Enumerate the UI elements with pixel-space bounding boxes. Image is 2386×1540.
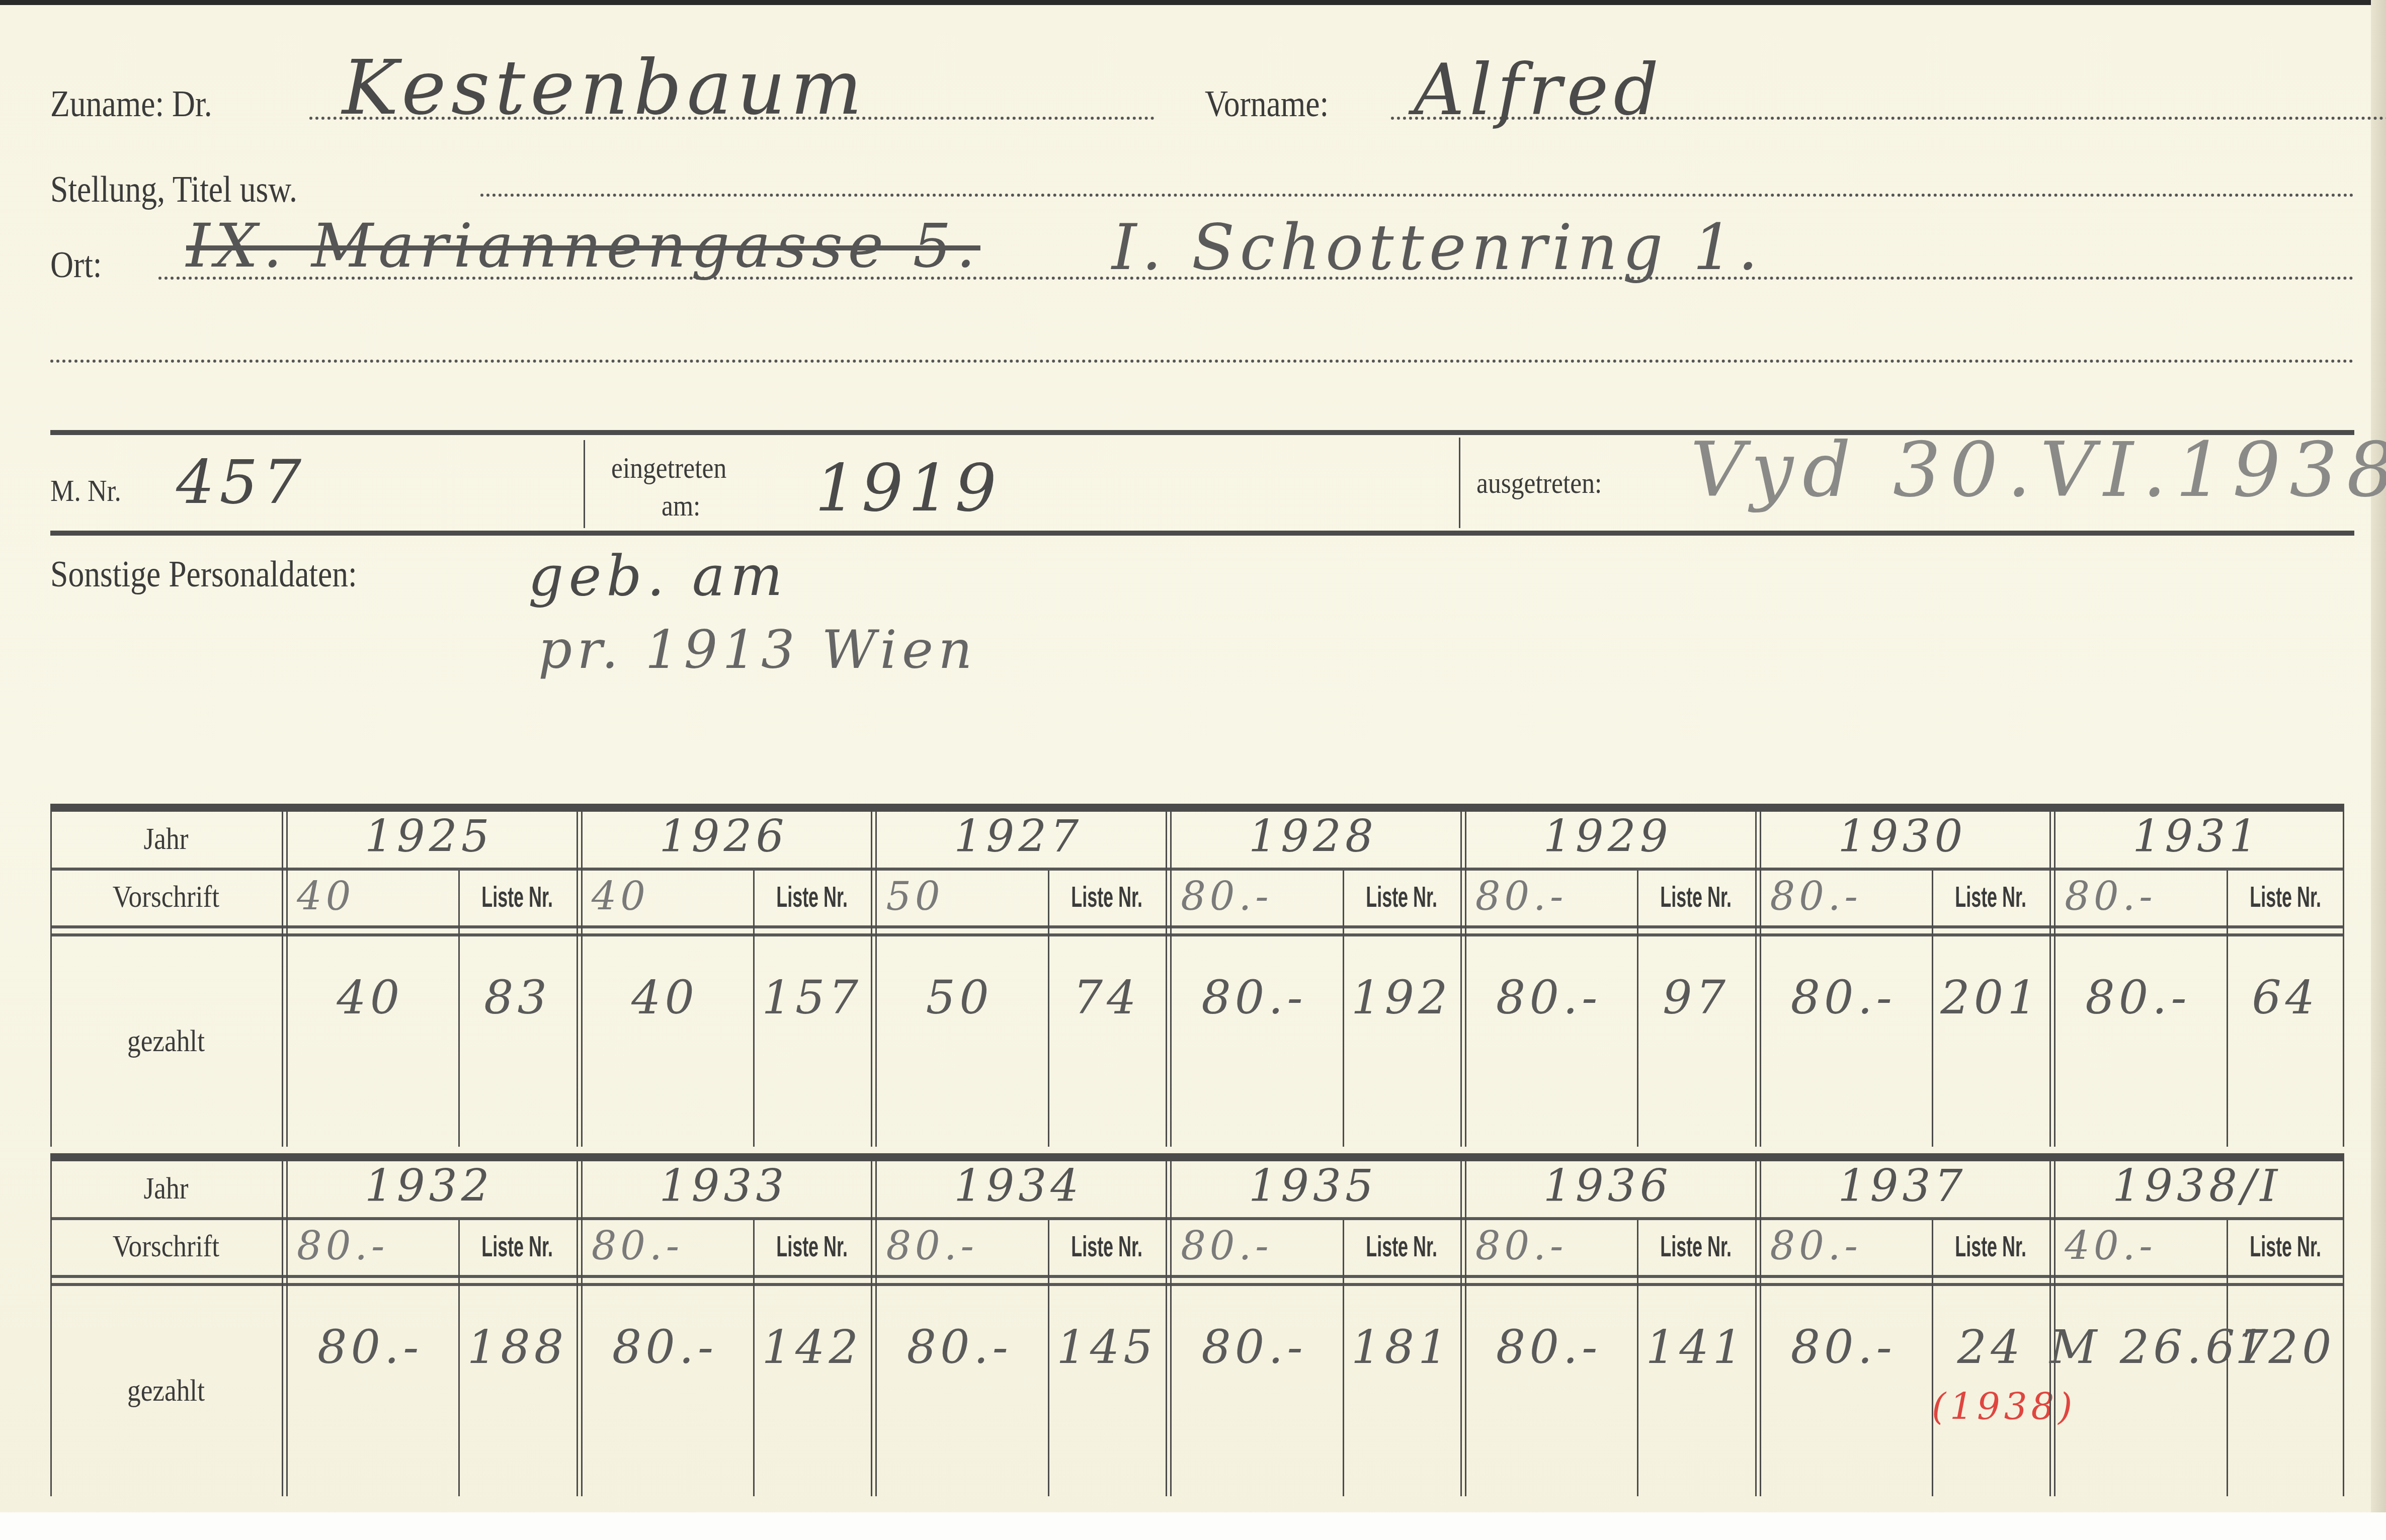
list-no-header: Liste Nr.: [481, 1229, 554, 1263]
list-no-header: Liste Nr.: [776, 880, 849, 913]
year-value: 1933: [577, 1160, 871, 1212]
prescribed-row-rule-1: [50, 925, 2344, 928]
year-value: 1936: [1460, 1160, 1755, 1212]
list-no-header-cell: Liste Nr.: [753, 1217, 871, 1275]
prescribed-value: 80.-: [871, 1224, 1047, 1269]
list-no-header: Liste Nr.: [1954, 880, 2027, 913]
list-no-header: Liste Nr.: [1365, 1229, 1438, 1263]
paid-cell: 80.-: [871, 1285, 1047, 1496]
left-label: ausgetreten:: [1476, 468, 1602, 498]
year-value: 1929: [1460, 810, 1755, 862]
year-cell: 1927: [871, 810, 1166, 868]
paid-cell: 80.-: [2049, 935, 2226, 1147]
list-no-header-cell: Liste Nr.: [1343, 868, 1460, 925]
card-right-edge: [2371, 0, 2386, 1540]
prescribed-value: 40: [282, 874, 458, 919]
year-value: 1926: [577, 810, 871, 862]
list-no-header: Liste Nr.: [481, 880, 554, 913]
extra-dotted-line: [50, 360, 2354, 363]
member-row-divider-1: [584, 440, 585, 528]
paid-cell: 40: [577, 935, 753, 1147]
prescribed-value: 40.-: [2049, 1224, 2226, 1269]
year-cell: 1938/I: [2049, 1159, 2344, 1217]
prescribed-cell: 80.-: [1755, 1217, 1932, 1275]
prescribed-cell: 80.-: [1166, 1217, 1342, 1275]
list-no-value: 141: [1637, 1320, 1755, 1374]
row-label-paid-text: gezahlt: [66, 1023, 266, 1059]
row-label-paid-text: gezahlt: [66, 1373, 266, 1409]
paid-cell: 80.-: [1755, 935, 1932, 1147]
list-no-header: Liste Nr.: [2249, 880, 2322, 913]
year-value: 1928: [1166, 810, 1460, 862]
surname-label: Zuname: Dr.: [50, 85, 212, 123]
surname-value: Kestenbaum: [342, 50, 867, 126]
paid-cell: 80.-: [1166, 1285, 1342, 1496]
list-no-cell: 74: [1048, 935, 1166, 1147]
year-value: 1937: [1755, 1160, 2050, 1212]
list-no-header-cell: Liste Nr.: [458, 1217, 576, 1275]
year-value: 1925: [282, 810, 577, 862]
prescribed-value: 80.-: [282, 1224, 458, 1269]
table-right-border: [2343, 1159, 2344, 1496]
year-cell: 1932: [282, 1159, 577, 1217]
row-label-paid: gezahlt: [50, 1285, 282, 1496]
prescribed-cell: 40.-: [2049, 1217, 2226, 1275]
prescribed-value: 80.-: [1166, 874, 1342, 919]
list-no-header-cell: Liste Nr.: [1343, 1217, 1460, 1275]
list-no-header: Liste Nr.: [1660, 880, 1733, 913]
list-no-value: 74: [1048, 971, 1166, 1024]
list-no-value: 64: [2227, 971, 2344, 1024]
prescribed-value: 80.-: [1755, 1224, 1932, 1269]
paid-value: 80.-: [577, 1320, 753, 1374]
list-no-value: 157: [753, 971, 871, 1024]
list-no-header: Liste Nr.: [1954, 1229, 2027, 1263]
paid-cell: 80.-: [282, 1285, 458, 1496]
list-no-value: 192: [1343, 971, 1460, 1024]
list-no-header-cell: Liste Nr.: [1048, 1217, 1166, 1275]
joined-label-line1: eingetreten: [611, 453, 726, 483]
paid-value: 80.-: [1166, 1320, 1342, 1374]
prescribed-value: 40: [577, 874, 753, 919]
year-value: 1934: [871, 1160, 1166, 1212]
place-label: Ort:: [50, 246, 102, 284]
year-value: 1930: [1755, 810, 2050, 862]
joined-label-line2: am:: [662, 490, 700, 521]
list-no-value: 24: [1932, 1320, 2049, 1374]
prescribed-value: 80.-: [1755, 874, 1932, 919]
year-cell: 1934: [871, 1159, 1166, 1217]
place-value: I. Schottenring 1.: [1112, 216, 1763, 279]
year-cell: 1935: [1166, 1159, 1460, 1217]
row-label-prescribed-text: Vorschrift: [66, 1228, 266, 1264]
row-label-paid: gezahlt: [50, 935, 282, 1147]
year-value: 1935: [1166, 1160, 1460, 1212]
year-value: 1938/I: [2049, 1160, 2344, 1212]
row-label-year: Jahr: [50, 810, 282, 868]
list-no-header-cell: Liste Nr.: [2227, 1217, 2344, 1275]
paid-cell: 50: [871, 935, 1047, 1147]
firstname-value: Alfred: [1414, 55, 1664, 126]
row-label-year: Jahr: [50, 1159, 282, 1217]
paid-value: 80.-: [2049, 971, 2226, 1024]
list-no-cell: 188: [458, 1285, 576, 1496]
row-label-year-text: Jahr: [66, 1170, 266, 1206]
personal-value-line2: pr. 1913 Wien: [538, 624, 977, 676]
prescribed-cell: 40: [577, 868, 753, 925]
paid-value: 80.-: [282, 1320, 458, 1374]
list-no-header: Liste Nr.: [1365, 880, 1438, 913]
prescribed-value: 80.-: [577, 1224, 753, 1269]
member-no-label: M. Nr.: [50, 475, 121, 506]
list-no-value: 120: [2227, 1320, 2344, 1374]
year-cell: 1926: [577, 810, 871, 868]
paid-cell: 80.-: [1460, 1285, 1637, 1496]
list-no-value: 188: [458, 1320, 576, 1374]
paid-value: 80.-: [1166, 971, 1342, 1024]
list-no-cell: 97: [1637, 935, 1755, 1147]
list-no-value: 83: [458, 971, 576, 1024]
place-old-value: IX. Mariannengasse 5.: [186, 216, 980, 277]
list-no-cell: 157: [753, 935, 871, 1147]
prescribed-cell: 40: [282, 868, 458, 925]
paid-value: M 26.67: [2049, 1320, 2226, 1374]
row-label-prescribed: Vorschrift: [50, 1217, 282, 1275]
list-no-header: Liste Nr.: [776, 1229, 849, 1263]
list-no-cell: 64: [2227, 935, 2344, 1147]
list-no-cell: 142: [753, 1285, 871, 1496]
paid-value: 50: [871, 971, 1047, 1024]
card-bottom-edge: [0, 1512, 2386, 1540]
paid-value: 40: [577, 971, 753, 1024]
list-no-value: 142: [753, 1320, 871, 1374]
paid-cell: 80.-: [1460, 935, 1637, 1147]
list-no-cell: 24(1938): [1932, 1285, 2049, 1496]
year-value: 1932: [282, 1160, 577, 1212]
list-no-header-cell: Liste Nr.: [2227, 868, 2344, 925]
list-no-cell: 83: [458, 935, 576, 1147]
list-no-cell: 201: [1932, 935, 2049, 1147]
paid-cell: 80.-: [1755, 1285, 1932, 1496]
position-dotted-line: [480, 194, 2354, 197]
paid-value: 40: [282, 971, 458, 1024]
year-cell: 1937: [1755, 1159, 2050, 1217]
list-no-header-cell: Liste Nr.: [1932, 1217, 2049, 1275]
year-cell: 1931: [2049, 810, 2344, 868]
paid-value: 80.-: [1460, 1320, 1637, 1374]
list-no-note: (1938): [1932, 1386, 2049, 1428]
prescribed-cell: 80.-: [871, 1217, 1047, 1275]
year-cell: 1936: [1460, 1159, 1755, 1217]
prescribed-cell: 80.-: [1755, 868, 1932, 925]
list-no-cell: 145: [1048, 1285, 1166, 1496]
list-no-cell: 120: [2227, 1285, 2344, 1496]
list-no-cell: 181: [1343, 1285, 1460, 1496]
list-no-value: 97: [1637, 971, 1755, 1024]
list-no-header-cell: Liste Nr.: [458, 868, 576, 925]
list-no-header-cell: Liste Nr.: [1048, 868, 1166, 925]
list-no-value: 145: [1048, 1320, 1166, 1374]
prescribed-cell: 80.-: [1460, 1217, 1637, 1275]
list-no-value: 201: [1932, 971, 2049, 1024]
row-label-prescribed-text: Vorschrift: [66, 879, 266, 914]
joined-value: 1919: [815, 455, 1002, 521]
list-no-cell: 192: [1343, 935, 1460, 1147]
list-no-header-cell: Liste Nr.: [1637, 1217, 1755, 1275]
prescribed-row-rule-1: [50, 1275, 2344, 1278]
year-cell: 1925: [282, 810, 577, 868]
year-cell: 1929: [1460, 810, 1755, 868]
left-value: Vyd 30.VI.1938: [1690, 433, 2386, 508]
paid-value: 80.-: [871, 1320, 1047, 1374]
paid-value: 80.-: [1755, 1320, 1932, 1374]
member-no-value: 457: [176, 453, 306, 513]
paid-cell: 40: [282, 935, 458, 1147]
year-cell: 1933: [577, 1159, 871, 1217]
member-row-divider-2: [1459, 438, 1460, 528]
list-no-header: Liste Nr.: [1070, 1229, 1143, 1263]
list-no-value: 181: [1343, 1320, 1460, 1374]
prescribed-value: 80.-: [1460, 874, 1637, 919]
list-no-header: Liste Nr.: [1070, 880, 1143, 913]
paid-value: 80.-: [1755, 971, 1932, 1024]
personal-value-line1: geb. am: [528, 548, 788, 604]
year-value: 1927: [871, 810, 1166, 862]
paid-cell: 80.-: [577, 1285, 753, 1496]
prescribed-value: 80.-: [1460, 1224, 1637, 1269]
card-top-edge: [0, 0, 2386, 5]
table-right-border: [2343, 810, 2344, 1147]
membership-card: Zuname: Dr. Kestenbaum Vorname: Alfred S…: [0, 0, 2386, 1540]
list-no-header-cell: Liste Nr.: [753, 868, 871, 925]
personal-label: Sonstige Personaldaten:: [50, 556, 357, 593]
paid-cell: M 26.67: [2049, 1285, 2226, 1496]
prescribed-cell: 80.-: [1166, 868, 1342, 925]
firstname-label: Vorname:: [1205, 85, 1329, 123]
year-cell: 1928: [1166, 810, 1460, 868]
list-no-header: Liste Nr.: [2249, 1229, 2322, 1263]
prescribed-cell: 80.-: [282, 1217, 458, 1275]
year-cell: 1930: [1755, 810, 2050, 868]
row-label-year-text: Jahr: [66, 821, 266, 857]
paid-value: 80.-: [1460, 971, 1637, 1024]
prescribed-value: 80.-: [2049, 874, 2226, 919]
list-no-header-cell: Liste Nr.: [1637, 868, 1755, 925]
prescribed-value: 80.-: [1166, 1224, 1342, 1269]
prescribed-cell: 80.-: [577, 1217, 753, 1275]
member-row-bottom-rule: [50, 531, 2354, 536]
row-label-prescribed: Vorschrift: [50, 868, 282, 925]
list-no-header-cell: Liste Nr.: [1932, 868, 2049, 925]
prescribed-cell: 50: [871, 868, 1047, 925]
prescribed-cell: 80.-: [1460, 868, 1637, 925]
prescribed-cell: 80.-: [2049, 868, 2226, 925]
position-label: Stellung, Titel usw.: [50, 171, 297, 208]
year-value: 1931: [2049, 810, 2344, 862]
prescribed-value: 50: [871, 874, 1047, 919]
paid-cell: 80.-: [1166, 935, 1342, 1147]
list-no-header: Liste Nr.: [1660, 1229, 1733, 1263]
list-no-cell: 141: [1637, 1285, 1755, 1496]
